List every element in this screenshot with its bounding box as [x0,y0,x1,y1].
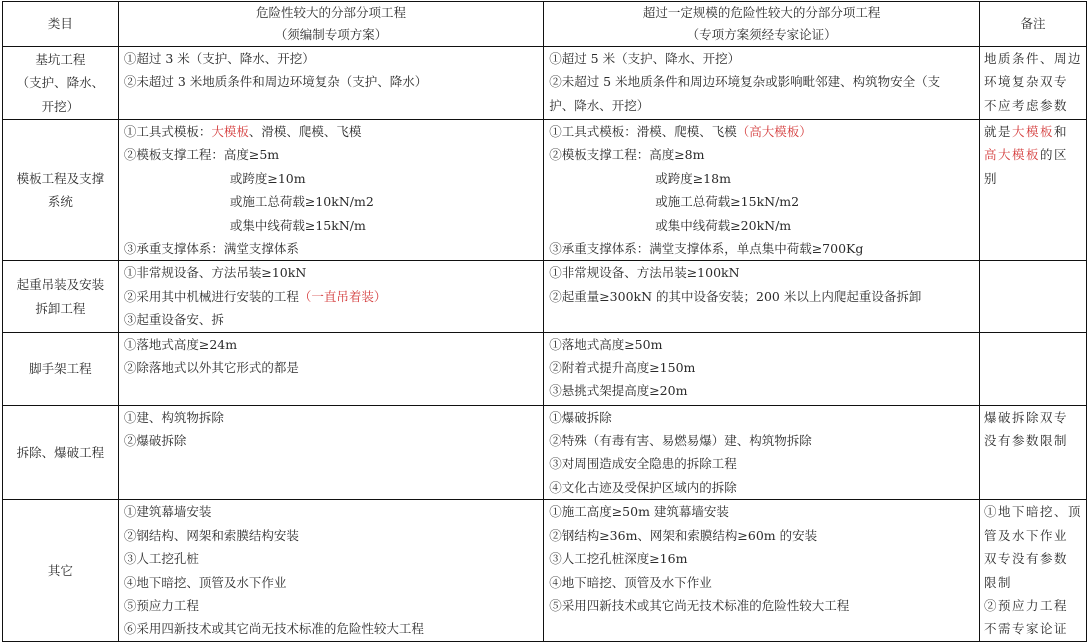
item-line: ②未超过 3 米地质条件和周边环境复杂（支护、降水） [124,70,538,93]
category-cell: 模板工程及支撑 系统 [3,120,119,261]
item-line: ①超过 5 米（支护、降水、开挖） [549,47,974,70]
remark-line: 就是大模板和 [984,120,1082,143]
over-scale-cell: ①爆破拆除 ②特殊（有毒有害、易燃易爆）建、构筑物拆除 ③对周围造成安全隐患的拆… [544,405,980,500]
item-line: ⑤采用四新技术或其它尚无技术标准的危险性较大工程 [549,594,974,617]
item-line: ①非常规设备、方法吊装≥100kN [549,261,974,284]
category-line: 拆卸工程 [7,297,114,320]
category-line: 开挖） [7,95,114,118]
over-scale-cell: ①施工高度≥50m 建筑幕墙安装 ②钢结构≥36m、网架和索膜结构≥60m 的安… [544,500,980,640]
category-line: 基坑工程 [7,48,114,71]
item-line: ②爆破拆除 [124,429,538,452]
item-line: ②模板支撑工程：高度≥8m [549,143,974,166]
item-line: ②模板支撑工程：高度≥5m [124,143,538,166]
header-dangerous-title: 危险性较大的分部分项工程 [124,2,538,24]
item-line: ①建、构筑物拆除 [124,406,538,429]
header-dangerous: 危险性较大的分部分项工程 （须编制专项方案） [118,2,543,47]
table-row-other: 其它 ①建筑幕墙安装 ②钢结构、网架和索膜结构安装 ③人工挖孔桩 ④地下暗挖、顶… [3,500,1087,640]
dangerous-works-table: 类目 危险性较大的分部分项工程 （须编制专项方案） 超过一定规模的危险性较大的分… [2,1,1087,640]
item-line: ③悬挑式架提高度≥20m [549,379,974,402]
item-line: 或施工总荷载≥15kN/m2 [549,190,974,213]
item-line: 或施工总荷载≥10kN/m2 [124,190,538,213]
item-line: ①非常规设备、方法吊装≥10kN [124,261,538,284]
item-line: ①超过 3 米（支护、降水、开挖） [124,47,538,70]
over-scale-cell: ①超过 5 米（支护、降水、开挖） ②未超过 5 米地质条件和周边环境复杂或影响… [544,47,980,120]
item-line: ③人工挖孔桩深度≥16m [549,547,974,570]
dangerous-cell: ①超过 3 米（支护、降水、开挖） ②未超过 3 米地质条件和周边环境复杂（支护… [118,47,543,120]
item-line: 护、降水、开挖） [549,94,974,117]
highlight-text: 大模板 [211,124,249,139]
item-line: 或跨度≥18m [549,167,974,190]
item-line: ①落地式高度≥24m [124,333,538,356]
header-over-scale-title: 超过一定规模的危险性较大的分部分项工程 [549,2,974,24]
remark-line: 双专没有参数 [984,547,1082,570]
remark-line: 爆破拆除双专 [984,406,1082,429]
item-line: ①落地式高度≥50m [549,333,974,356]
highlight-text: （一直吊着装） [299,289,387,304]
item-line: 或集中线荷载≥20kN/m [549,214,974,237]
header-over-scale-subtitle: （专项方案须经专家论证） [549,24,974,46]
item-line: ①工具式模板：滑模、爬模、飞模（高大模板） [549,120,974,143]
category-line: （支护、降水、 [7,71,114,94]
header-dangerous-subtitle: （须编制专项方案） [124,24,538,46]
item-line: 或跨度≥10m [124,167,538,190]
highlight-text: 大模板 [1012,124,1054,139]
item-line: ②除落地式以外其它形式的都是 [124,356,538,379]
remarks-cell: ①地下暗挖、顶 管及水下作业 双专没有参数 限制 ②预应力工程 不需专家论证 [979,500,1086,640]
remark-line: 没有参数限制 [984,429,1082,452]
item-line: ②附着式提升高度≥150m [549,356,974,379]
header-category: 类目 [3,2,119,47]
dangerous-cell: ①工具式模板：大模板、滑模、爬模、飞模 ②模板支撑工程：高度≥5m 或跨度≥10… [118,120,543,261]
item-line: ①爆破拆除 [549,406,974,429]
item-line: ⑤预应力工程 [124,594,538,617]
category-cell: 其它 [3,500,119,640]
category-line: 其它 [7,559,114,582]
over-scale-cell: ①非常规设备、方法吊装≥100kN ②起重量≥300kN 的其中设备安装；200… [544,261,980,332]
dangerous-cell: ①非常规设备、方法吊装≥10kN ②采用其中机械进行安装的工程（一直吊着装） ③… [118,261,543,332]
category-line: 脚手架工程 [7,357,114,380]
item-line: ③人工挖孔桩 [124,547,538,570]
item-line: ④文化古迹及受保护区域内的拆除 [549,476,974,499]
over-scale-cell: ①落地式高度≥50m ②附着式提升高度≥150m ③悬挑式架提高度≥20m [544,332,980,405]
remark-line: 管及水下作业 [984,524,1082,547]
remark-line: ②预应力工程 [984,594,1082,617]
table-row-demolition: 拆除、爆破工程 ①建、构筑物拆除 ②爆破拆除 ①爆破拆除 ②特殊（有毒有害、易燃… [3,405,1087,500]
item-line: ①工具式模板：大模板、滑模、爬模、飞模 [124,120,538,143]
item-line: ②采用其中机械进行安装的工程（一直吊着装） [124,285,538,308]
item-line: ③承重支撑体系：满堂支撑体系，单点集中荷载≥700Kg [549,237,974,260]
remark-line: 限制 [984,571,1082,594]
remarks-cell: 地质条件、周边 环境复杂双专 不应考虑参数 [979,47,1086,120]
item-line: ③对周围造成安全隐患的拆除工程 [549,452,974,475]
item-line: ②钢结构≥36m、网架和索膜结构≥60m 的安装 [549,524,974,547]
highlight-text: 高大模板 [984,147,1040,162]
category-line: 系统 [7,190,114,213]
category-cell: 基坑工程 （支护、降水、 开挖） [3,47,119,120]
remarks-cell: 就是大模板和 高大模板的区 别 [979,120,1086,261]
category-line: 起重吊装及安装 [7,273,114,296]
category-cell: 脚手架工程 [3,332,119,405]
item-line: ②钢结构、网架和索膜结构安装 [124,524,538,547]
over-scale-cell: ①工具式模板：滑模、爬模、飞模（高大模板） ②模板支撑工程：高度≥8m 或跨度≥… [544,120,980,261]
item-line: ①建筑幕墙安装 [124,500,538,523]
remark-line: 不需专家论证 [984,617,1082,640]
remark-line: 高大模板的区 [984,143,1082,166]
category-line: 拆除、爆破工程 [7,441,114,464]
category-line: 模板工程及支撑 [7,167,114,190]
table-row-formwork: 模板工程及支撑 系统 ①工具式模板：大模板、滑模、爬模、飞模 ②模板支撑工程：高… [3,120,1087,261]
remark-line: 地质条件、周边 [984,47,1082,70]
item-line: ①施工高度≥50m 建筑幕墙安装 [549,500,974,523]
header-row: 类目 危险性较大的分部分项工程 （须编制专项方案） 超过一定规模的危险性较大的分… [3,2,1087,47]
item-line: ②起重量≥300kN 的其中设备安装；200 米以上内爬起重设备拆卸 [549,285,974,308]
item-line: ②未超过 5 米地质条件和周边环境复杂或影响毗邻建、构筑物安全（支 [549,70,974,93]
dangerous-cell: ①建筑幕墙安装 ②钢结构、网架和索膜结构安装 ③人工挖孔桩 ④地下暗挖、顶管及水… [118,500,543,640]
item-line: ③起重设备安、拆 [124,308,538,331]
dangerous-cell: ①落地式高度≥24m ②除落地式以外其它形式的都是 [118,332,543,405]
table-row-excavation: 基坑工程 （支护、降水、 开挖） ①超过 3 米（支护、降水、开挖） ②未超过 … [3,47,1087,120]
remarks-cell [979,332,1086,405]
category-cell: 起重吊装及安装 拆卸工程 [3,261,119,332]
remark-line: ①地下暗挖、顶 [984,500,1082,523]
item-line: ②特殊（有毒有害、易燃易爆）建、构筑物拆除 [549,429,974,452]
dangerous-cell: ①建、构筑物拆除 ②爆破拆除 [118,405,543,500]
item-line: ④地下暗挖、顶管及水下作业 [549,571,974,594]
item-line: ③承重支撑体系：满堂支撑体系 [124,237,538,260]
table-row-lifting: 起重吊装及安装 拆卸工程 ①非常规设备、方法吊装≥10kN ②采用其中机械进行安… [3,261,1087,332]
item-line: ④地下暗挖、顶管及水下作业 [124,571,538,594]
header-remarks: 备注 [979,2,1086,47]
category-cell: 拆除、爆破工程 [3,405,119,500]
remarks-cell [979,261,1086,332]
item-line: ⑥采用四新技术或其它尚无技术标准的危险性较大工程 [124,617,538,640]
table-row-scaffolding: 脚手架工程 ①落地式高度≥24m ②除落地式以外其它形式的都是 ①落地式高度≥5… [3,332,1087,405]
remark-line: 环境复杂双专 [984,70,1082,93]
remarks-cell: 爆破拆除双专 没有参数限制 [979,405,1086,500]
header-over-scale: 超过一定规模的危险性较大的分部分项工程 （专项方案须经专家论证） [544,2,980,47]
highlight-text: （高大模板） [737,124,812,139]
item-line: 或集中线荷载≥15kN/m [124,214,538,237]
remark-line: 别 [984,167,1082,190]
remark-line: 不应考虑参数 [984,94,1082,117]
